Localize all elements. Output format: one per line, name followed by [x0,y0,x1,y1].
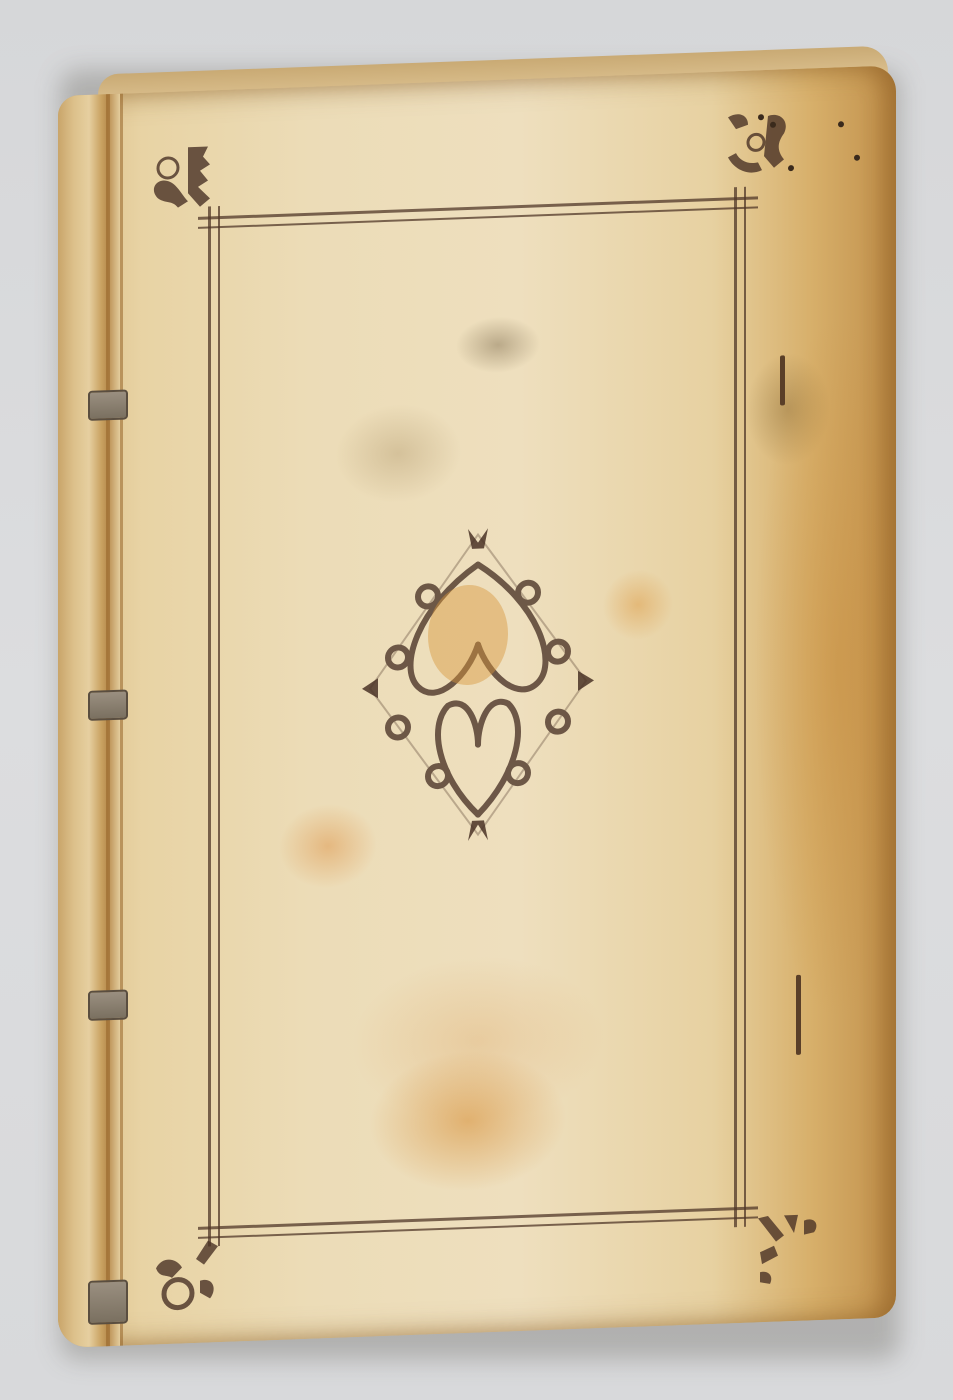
vellum-book [58,21,896,1348]
fleuron-icon [148,1236,228,1319]
frame-rule [734,187,737,1227]
lozenge-ornament-icon [358,520,598,849]
frame-rule [208,206,211,1246]
spine-tie [88,389,128,420]
frame-rule [744,187,746,1227]
spine-tie [88,989,128,1020]
fleuron-icon [754,1210,834,1293]
spine-tie [88,1279,128,1324]
spine-tie [88,689,128,720]
tie-slit [780,355,785,405]
tie-slit [796,975,801,1055]
frame-rule [218,206,220,1246]
photo-scene [0,0,953,1400]
spine [58,94,120,1348]
fleuron-icon [138,136,218,219]
